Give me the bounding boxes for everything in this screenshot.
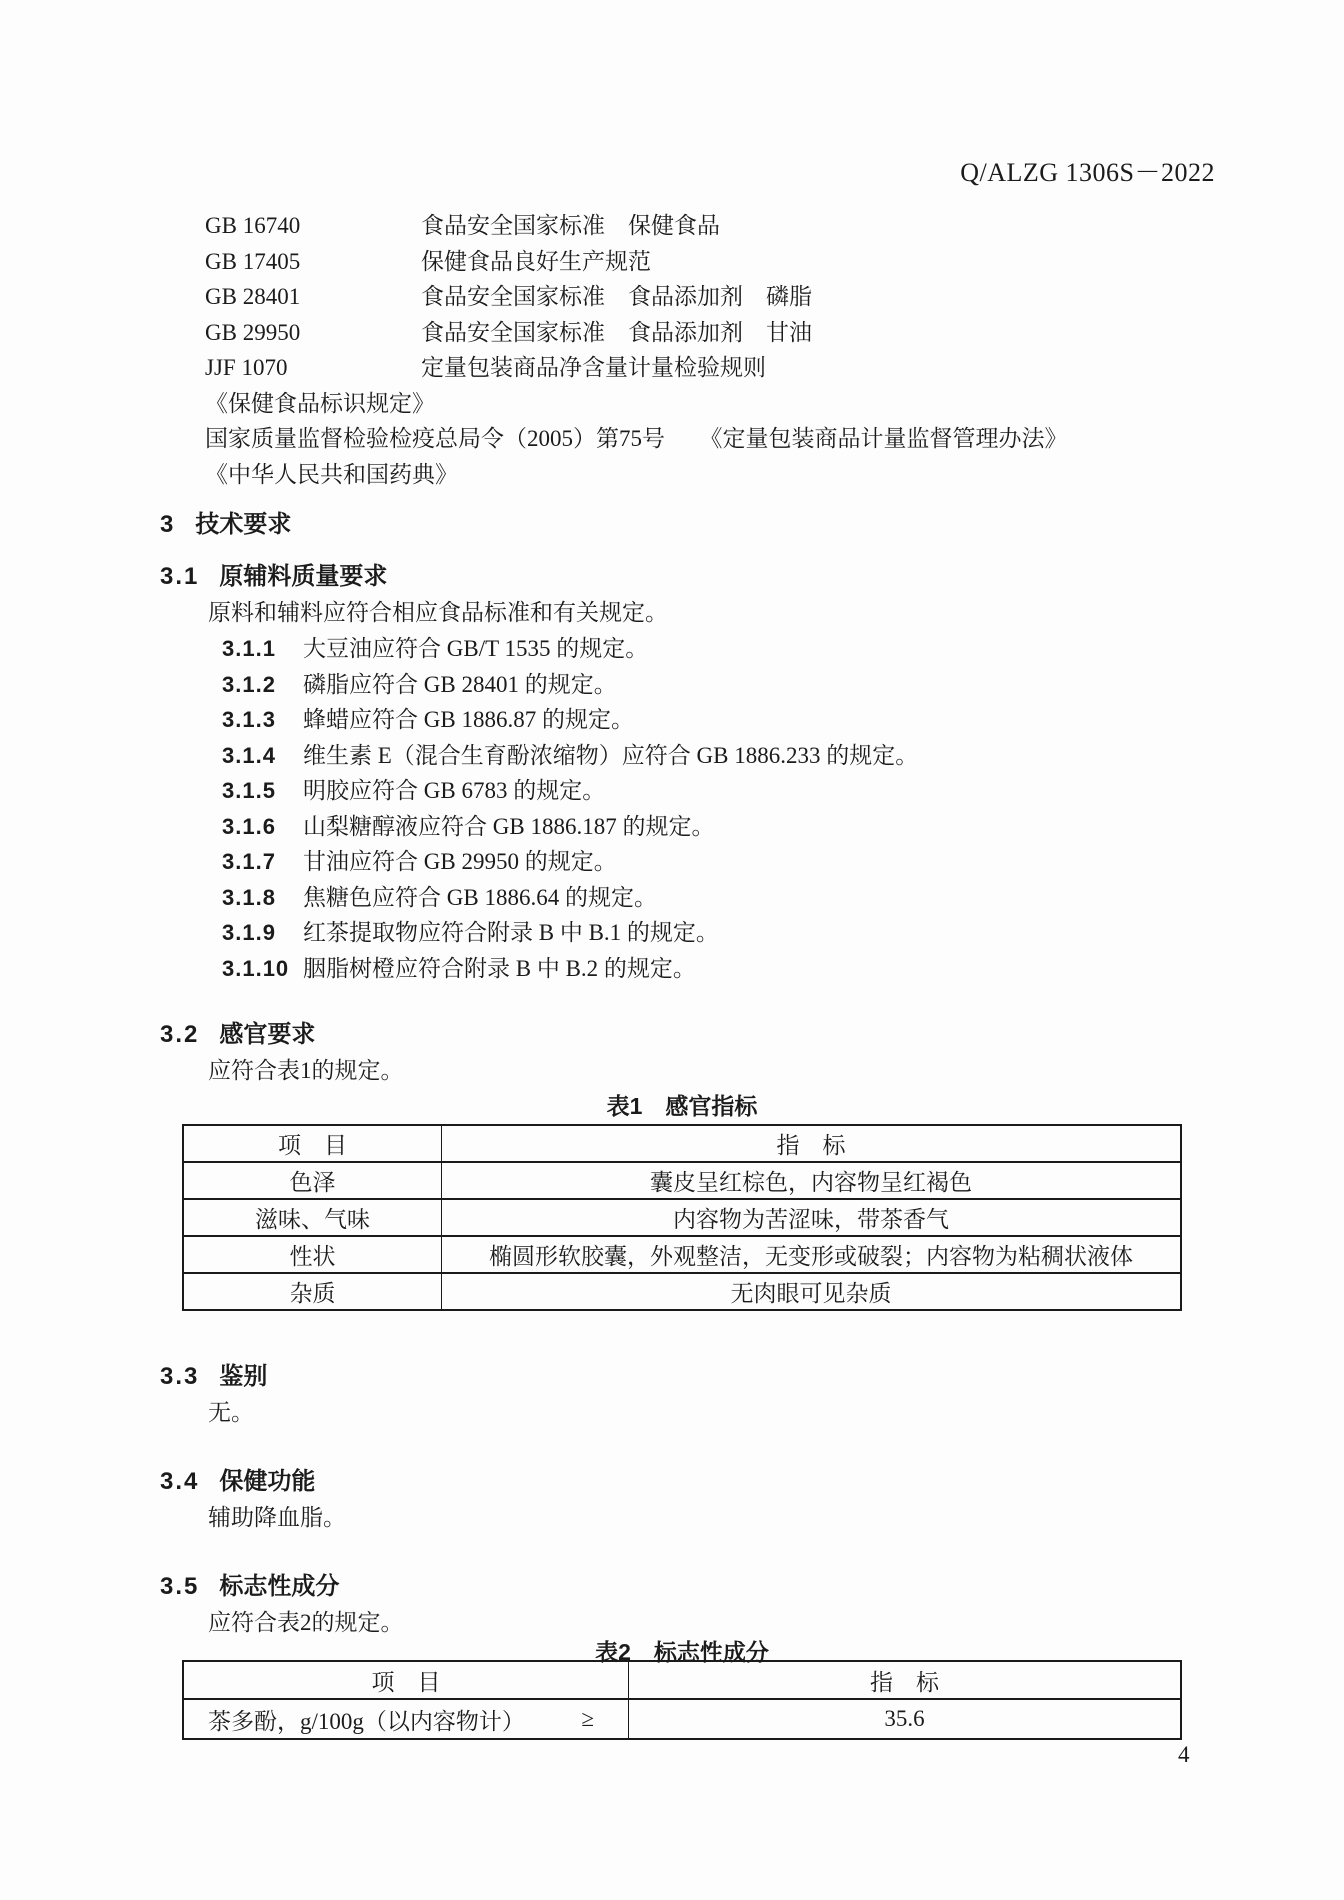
item-number: 3.1.1 <box>222 636 303 662</box>
table-cell: 杂质 <box>183 1273 442 1310</box>
section-number: 3.3 <box>160 1363 199 1391</box>
section-title: 原辅料质量要求 <box>219 563 387 590</box>
section-3-3-body: 无。 <box>208 1394 254 1427</box>
item-number: 3.1.3 <box>222 707 303 733</box>
table-header-cell: 指 标 <box>629 1661 1182 1699</box>
table-row: 杂质 无肉眼可见杂质 <box>183 1273 1181 1310</box>
table-row: 色泽 囊皮呈红棕色，内容物呈红褐色 <box>183 1162 1181 1199</box>
list-item: 3.1.3蜂蜡应符合 GB 1886.87 的规定。 <box>222 701 634 734</box>
item-text: 红茶提取物应符合附录 B 中 B.1 的规定。 <box>303 920 719 945</box>
page-number: 4 <box>1178 1742 1190 1768</box>
item-text: 焦糖色应符合 GB 1886.64 的规定。 <box>303 885 657 910</box>
reference-code: JJF 1070 <box>205 355 421 381</box>
item-number: 3.1.10 <box>222 956 303 982</box>
reference-line: 国家质量监督检验检疫总局令（2005）第75号 《定量包装商品计量监督管理办法》 <box>205 420 1068 453</box>
reference-title: 食品安全国家标准 食品添加剂 磷脂 <box>421 284 812 309</box>
item-number: 3.1.2 <box>222 672 303 698</box>
reference-row: GB 28401食品安全国家标准 食品添加剂 磷脂 <box>205 278 812 311</box>
reference-line: 《中华人民共和国药典》 <box>205 456 458 489</box>
reference-title: 保健食品良好生产规范 <box>421 249 651 274</box>
section-title: 标志性成分 <box>219 1573 339 1600</box>
section-3-1-intro: 原料和辅料应符合相应食品标准和有关规定。 <box>208 594 668 627</box>
sensory-table: 项 目 指 标 色泽 囊皮呈红棕色，内容物呈红褐色 滋味、气味 内容物为苦涩味，… <box>182 1124 1182 1311</box>
section-number: 3.1 <box>160 563 199 591</box>
section-heading-3-2: 3.2感官要求 <box>160 1014 315 1049</box>
table1-caption: 表1 感官指标 <box>182 1088 1182 1121</box>
reference-code: GB 28401 <box>205 284 421 310</box>
section-number: 3 <box>160 511 175 539</box>
section-heading-3-1: 3.1原辅料质量要求 <box>160 556 387 591</box>
marker-item: 茶多酚，g/100g（以内容物计） <box>208 1703 525 1736</box>
gte-symbol: ≥ <box>581 1706 594 1732</box>
item-number: 3.1.8 <box>222 885 303 911</box>
list-item: 3.1.8焦糖色应符合 GB 1886.64 的规定。 <box>222 879 657 912</box>
list-item: 3.1.6山梨糖醇液应符合 GB 1886.187 的规定。 <box>222 808 714 841</box>
reference-title: 食品安全国家标准 食品添加剂 甘油 <box>421 320 812 345</box>
table-header-row: 项 目 指 标 <box>183 1125 1181 1162</box>
item-number: 3.1.9 <box>222 920 303 946</box>
table-cell: 囊皮呈红棕色，内容物呈红褐色 <box>442 1162 1182 1199</box>
item-text: 甘油应符合 GB 29950 的规定。 <box>303 849 617 874</box>
reference-row: GB 29950食品安全国家标准 食品添加剂 甘油 <box>205 314 812 347</box>
reference-code: GB 17405 <box>205 249 421 275</box>
item-text: 蜂蜡应符合 GB 1886.87 的规定。 <box>303 707 634 732</box>
list-item: 3.1.5明胶应符合 GB 6783 的规定。 <box>222 772 605 805</box>
list-item: 3.1.9红茶提取物应符合附录 B 中 B.1 的规定。 <box>222 914 719 947</box>
item-number: 3.1.5 <box>222 778 303 804</box>
document-page: Q/ALZG 1306S－2022 GB 16740食品安全国家标准 保健食品 … <box>0 0 1344 1900</box>
list-item: 3.1.4维生素 E（混合生育酚浓缩物）应符合 GB 1886.233 的规定。 <box>222 737 918 770</box>
table-cell: 性状 <box>183 1236 442 1273</box>
table-row: 滋味、气味 内容物为苦涩味，带茶香气 <box>183 1199 1181 1236</box>
section-number: 3.5 <box>160 1573 199 1601</box>
list-item: 3.1.1大豆油应符合 GB/T 1535 的规定。 <box>222 630 648 663</box>
table-header-cell: 项 目 <box>183 1125 442 1162</box>
item-text: 山梨糖醇液应符合 GB 1886.187 的规定。 <box>303 814 714 839</box>
section-title: 感官要求 <box>219 1021 315 1048</box>
doc-number: Q/ALZG 1306S－2022 <box>960 152 1215 189</box>
reference-row: GB 17405保健食品良好生产规范 <box>205 243 651 276</box>
list-item: 3.1.7甘油应符合 GB 29950 的规定。 <box>222 843 617 876</box>
section-3-5-intro: 应符合表2的规定。 <box>208 1604 404 1637</box>
marker-table: 项 目 指 标 茶多酚，g/100g（以内容物计） ≥ 35.6 <box>182 1660 1182 1740</box>
reference-title: 定量包装商品净含量计量检验规则 <box>421 355 766 380</box>
reference-title: 食品安全国家标准 保健食品 <box>421 213 720 238</box>
section-title: 保健功能 <box>219 1468 315 1495</box>
table-header-cell: 指 标 <box>442 1125 1182 1162</box>
section-heading-3-5: 3.5标志性成分 <box>160 1566 339 1601</box>
section-number: 3.4 <box>160 1468 199 1496</box>
item-text: 磷脂应符合 GB 28401 的规定。 <box>303 672 617 697</box>
section-heading-3-3: 3.3鉴别 <box>160 1356 267 1391</box>
reference-line: 《保健食品标识规定》 <box>205 385 435 418</box>
section-title: 鉴别 <box>219 1363 267 1390</box>
table-cell: 滋味、气味 <box>183 1199 442 1236</box>
section-heading-3-4: 3.4保健功能 <box>160 1461 315 1496</box>
list-item: 3.1.2磷脂应符合 GB 28401 的规定。 <box>222 666 617 699</box>
section-3-2-intro: 应符合表1的规定。 <box>208 1052 404 1085</box>
item-text: 明胶应符合 GB 6783 的规定。 <box>303 778 605 803</box>
section-number: 3.2 <box>160 1021 199 1049</box>
section-title: 技术要求 <box>195 511 291 538</box>
section-3-4-body: 辅助降血脂。 <box>208 1499 346 1532</box>
item-number: 3.1.4 <box>222 743 303 769</box>
table-cell: 无肉眼可见杂质 <box>442 1273 1182 1310</box>
item-number: 3.1.7 <box>222 849 303 875</box>
item-text: 大豆油应符合 GB/T 1535 的规定。 <box>303 636 648 661</box>
table-cell: 内容物为苦涩味，带茶香气 <box>442 1199 1182 1236</box>
item-text: 胭脂树橙应符合附录 B 中 B.2 的规定。 <box>303 956 696 981</box>
table-header-row: 项 目 指 标 <box>183 1661 1181 1699</box>
table-row: 茶多酚，g/100g（以内容物计） ≥ 35.6 <box>183 1699 1181 1739</box>
list-item: 3.1.10胭脂树橙应符合附录 B 中 B.2 的规定。 <box>222 950 696 983</box>
section-heading-3: 3技术要求 <box>160 504 291 539</box>
table-row: 性状 椭圆形软胶囊，外观整洁，无变形或破裂；内容物为粘稠状液体 <box>183 1236 1181 1273</box>
table-header-cell: 项 目 <box>183 1661 629 1699</box>
reference-code: GB 16740 <box>205 213 421 239</box>
table-cell: 35.6 <box>629 1699 1182 1739</box>
item-text: 维生素 E（混合生育酚浓缩物）应符合 GB 1886.233 的规定。 <box>303 743 918 768</box>
reference-code: GB 29950 <box>205 320 421 346</box>
table-cell: 茶多酚，g/100g（以内容物计） ≥ <box>183 1699 629 1739</box>
reference-row: GB 16740食品安全国家标准 保健食品 <box>205 207 720 240</box>
table-cell: 椭圆形软胶囊，外观整洁，无变形或破裂；内容物为粘稠状液体 <box>442 1236 1182 1273</box>
reference-row: JJF 1070定量包装商品净含量计量检验规则 <box>205 349 766 382</box>
item-number: 3.1.6 <box>222 814 303 840</box>
table-cell: 色泽 <box>183 1162 442 1199</box>
